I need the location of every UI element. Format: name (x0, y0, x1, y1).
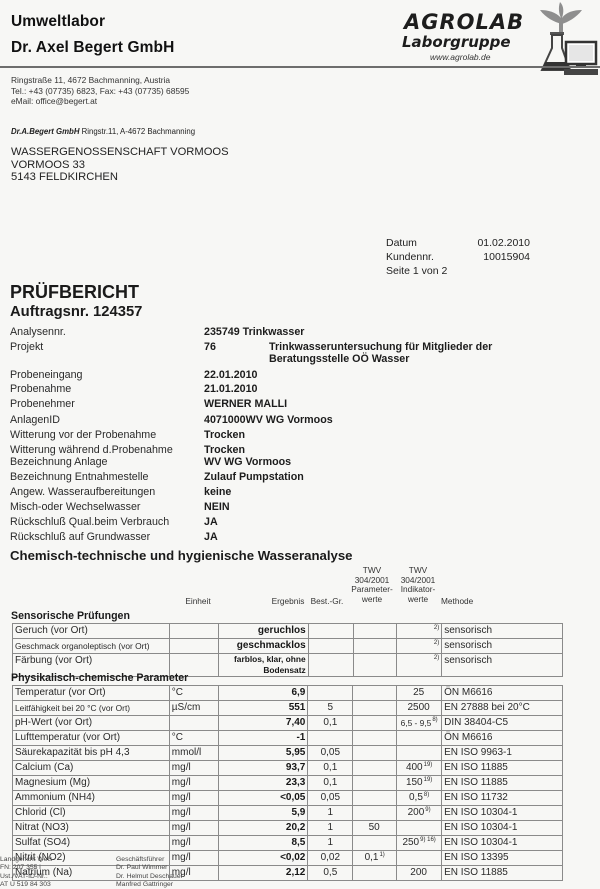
result-cell: 5,9 (218, 806, 308, 821)
unit-cell: mg/l (169, 806, 218, 821)
method-cell: EN ISO 9963-1 (442, 746, 563, 761)
limit-cell: 1 (308, 821, 353, 836)
report-meta: Datum 01.02.2010 Kundennr. 10015904 Seit… (386, 236, 532, 279)
indicator-cell: 0,58) (397, 791, 442, 806)
info-value: Trocken (204, 429, 245, 442)
limit-cell: 0,1 (308, 776, 353, 791)
method-cell: EN ISO 13395 (442, 851, 563, 866)
footer-management: Geschäftsführer Dr. Paul Wimmer Dr. Helm… (116, 856, 183, 889)
info-value: NEIN (204, 501, 230, 514)
result-cell: 20,2 (218, 821, 308, 836)
info-value: WV WG Vormoos (204, 456, 291, 469)
info-label: Bezeichnung Entnahmestelle (10, 471, 210, 484)
recipient-line3: 5143 FELDKIRCHEN (11, 171, 229, 184)
recipient-line1: WASSERGENOSSENSCHAFT VORMOOS (11, 146, 229, 159)
result-cell: farblos, klar, ohne Bodensatz (218, 654, 308, 677)
footnote-marker: 8) (432, 717, 437, 723)
param-cell (353, 866, 397, 881)
recipient-address: WASSERGENOSSENSCHAFT VORMOOS VORMOOS 33 … (11, 146, 229, 184)
limit-cell: 0,05 (308, 791, 353, 806)
indicator-cell: 200 (397, 866, 442, 881)
info-label: Witterung vor der Probenahme (10, 429, 210, 442)
unit-cell: °C (169, 686, 218, 701)
info-label: Probenehmer (10, 398, 210, 411)
parameter-name: pH-Wert (vor Ort) (13, 716, 170, 731)
method-cell: EN 27888 bei 20°C (442, 701, 563, 716)
limit-cell (308, 731, 353, 746)
method-cell: EN ISO 10304-1 (442, 836, 563, 851)
limit-cell: 0,1 (308, 761, 353, 776)
header-text: werte (395, 595, 441, 605)
address-line2: Tel.: +43 (07735) 6823, Fax: +43 (07735)… (11, 86, 189, 97)
indicator-cell: 6,5 - 9,58) (397, 716, 442, 731)
table-row: Nitrit (NO2)mg/l<0,020,020,11)EN ISO 133… (13, 851, 563, 866)
indicator-cell (397, 821, 442, 836)
parameter-name: Ammonium (NH4) (13, 791, 170, 806)
info-label: Bezeichnung Anlage (10, 456, 210, 469)
footnote-marker: 2) (434, 654, 439, 662)
indicator-cell: 2) (397, 624, 442, 639)
footer-text: Manfred Gattringer (116, 881, 183, 889)
footer-text: Dr. Helmut Deschauer (116, 873, 183, 881)
param-cell (353, 701, 397, 716)
recipient-line2: VORMOOS 33 (11, 159, 229, 172)
table-row: Ammonium (NH4)mg/l<0,050,050,58)EN ISO 1… (13, 791, 563, 806)
physchem-table: Temperatur (vor Ort)°C6,925ÖN M6616Leitf… (12, 685, 563, 881)
footer-text: Dr. Paul Wimmer (116, 864, 183, 872)
result-cell: <0,05 (218, 791, 308, 806)
column-header-method: Methode (441, 597, 481, 607)
method-cell: DIN 38404-C5 (442, 716, 563, 731)
info-label: Projekt (10, 341, 210, 354)
lab-address: Ringstraße 11, 4672 Bachmanning, Austria… (11, 75, 189, 107)
limit-cell: 0,05 (308, 746, 353, 761)
cell-value: 0,5 (409, 792, 423, 803)
parameter-name: Temperatur (vor Ort) (13, 686, 170, 701)
footer-text: AT U 519 84 303 (0, 881, 52, 889)
page-info: Seite 1 von 2 (386, 264, 532, 278)
info-label: Angew. Wasseraufbereitungen (10, 486, 210, 499)
result-cell: 5,95 (218, 746, 308, 761)
method-cell: ÖN M6616 (442, 731, 563, 746)
footnote-marker: 19) (424, 777, 433, 783)
info-value: JA (204, 516, 218, 529)
parameter-name: Lufttemperatur (vor Ort) (13, 731, 170, 746)
info-value: Zulauf Pumpstation (204, 471, 304, 484)
info-label: Probenahme (10, 383, 210, 396)
method-cell: sensorisch (442, 639, 563, 654)
project-description-cont: Beratungsstelle OÖ Wasser (269, 353, 569, 366)
unit-cell: mg/l (169, 836, 218, 851)
indicator-cell: 2509) 16) (397, 836, 442, 851)
unit-cell (169, 716, 218, 731)
table-row: pH-Wert (vor Ort)7,400,16,5 - 9,58)DIN 3… (13, 716, 563, 731)
footnote-marker: 1) (379, 852, 384, 858)
parameter-name: Calcium (Ca) (13, 761, 170, 776)
limit-cell (308, 639, 353, 654)
analysis-title: Chemisch-technische und hygienische Wass… (10, 548, 353, 563)
column-header-limit: Best.-Gr. (307, 597, 347, 607)
result-cell: 7,40 (218, 716, 308, 731)
customer-number-label: Kundennr. (386, 251, 434, 263)
brand-subtitle: Laborgruppe (402, 33, 511, 51)
column-header-result: Ergebnis (268, 597, 308, 607)
lab-name-line2: Dr. Axel Begert GmbH (11, 39, 174, 57)
report-heading: PRÜFBERICHT (10, 282, 139, 303)
column-header-indicator-values: TWV 304/2001 Indikator- werte (395, 566, 441, 604)
method-cell: sensorisch (442, 654, 563, 677)
result-cell: geschmacklos (218, 639, 308, 654)
indicator-cell: 40019) (397, 761, 442, 776)
order-heading: Auftragsnr. 124357 (10, 304, 142, 320)
method-cell: sensorisch (442, 624, 563, 639)
table-row: Magnesium (Mg)mg/l23,30,115019)EN ISO 11… (13, 776, 563, 791)
table-row: Chlorid (Cl)mg/l5,912009)EN ISO 10304-1 (13, 806, 563, 821)
footnote-marker: 9) (425, 807, 430, 813)
result-cell: 93,7 (218, 761, 308, 776)
cell-value: 6,5 - 9,5 (401, 718, 432, 728)
customer-number-value: 10015904 (483, 250, 530, 264)
limit-cell (308, 686, 353, 701)
param-cell (353, 761, 397, 776)
sensory-table: Geruch (vor Ort) geruchlos 2) sensorisch… (12, 623, 563, 677)
indicator-cell: 15019) (397, 776, 442, 791)
info-value: keine (204, 486, 231, 499)
result-cell: 551 (218, 701, 308, 716)
sender-name: Dr.A.Begert GmbH (11, 127, 79, 136)
result-cell: 6,9 (218, 686, 308, 701)
table-row: Sulfat (SO4)mg/l8,512509) 16)EN ISO 1030… (13, 836, 563, 851)
indicator-cell (397, 731, 442, 746)
address-line3: eMail: office@begert.at (11, 96, 189, 107)
info-value: 76 (204, 341, 216, 354)
result-cell: -1 (218, 731, 308, 746)
footnote-marker: 9) 16) (420, 837, 436, 843)
footer-text: Landgericht Wels (0, 856, 52, 864)
footnote-marker: 19) (424, 762, 433, 768)
column-header-unit: Einheit (168, 597, 228, 607)
parameter-name: Nitrat (NO3) (13, 821, 170, 836)
info-label: Probeneingang (10, 369, 210, 382)
lab-name-line1: Umweltlabor (11, 13, 105, 31)
indicator-cell: 25 (397, 686, 442, 701)
table-row: Lufttemperatur (vor Ort)°C-1ÖN M6616 (13, 731, 563, 746)
info-label: Rückschluß auf Grundwasser (10, 531, 210, 544)
unit-cell: mg/l (169, 791, 218, 806)
method-cell: EN ISO 11885 (442, 776, 563, 791)
sender-line: Dr.A.Begert GmbH Ringstr.11, A-4672 Bach… (11, 127, 195, 136)
param-cell (353, 806, 397, 821)
limit-cell: 0,1 (308, 716, 353, 731)
footnote-marker: 2) (434, 624, 439, 632)
indicator-cell: 2) (397, 639, 442, 654)
cell-value: 400 (406, 762, 423, 773)
parameter-name: Magnesium (Mg) (13, 776, 170, 791)
unit-cell (169, 624, 218, 639)
unit-cell (169, 639, 218, 654)
parameter-name: Leitfähigkeit bei 20 °C (vor Ort) (13, 701, 170, 716)
indicator-cell (397, 746, 442, 761)
table-row: Leitfähigkeit bei 20 °C (vor Ort)µS/cm55… (13, 701, 563, 716)
footnote-marker: 8) (424, 792, 429, 798)
unit-cell: mg/l (169, 761, 218, 776)
param-cell (353, 836, 397, 851)
info-value: 22.01.2010 (204, 369, 258, 382)
parameter-name: Sulfat (SO4) (13, 836, 170, 851)
result-cell: 2,12 (218, 866, 308, 881)
footer-text: Ust./VAT-ID-Nr.: (0, 873, 52, 881)
method-cell: EN ISO 10304-1 (442, 806, 563, 821)
method-cell: EN ISO 10304-1 (442, 821, 563, 836)
parameter-name: Geruch (vor Ort) (13, 624, 170, 639)
result-cell: 23,3 (218, 776, 308, 791)
brand-name: AGROLAB (404, 10, 524, 34)
info-value: JA (204, 531, 218, 544)
param-cell (353, 746, 397, 761)
sensory-section-title: Sensorische Prüfungen (11, 610, 130, 622)
footnote-marker: 2) (434, 639, 439, 647)
result-cell: 8,5 (218, 836, 308, 851)
param-cell (353, 731, 397, 746)
result-cell: geruchlos (218, 624, 308, 639)
indicator-cell: 2009) (397, 806, 442, 821)
info-label: Analysennr. (10, 326, 210, 339)
parameter-name: Säurekapazität bis pH 4,3 (13, 746, 170, 761)
info-value: 4071000WV WG Vormoos (204, 414, 333, 427)
header-text: werte (349, 595, 395, 605)
method-cell: EN ISO 11732 (442, 791, 563, 806)
brand-url: www.agrolab.de (430, 52, 490, 62)
method-cell: EN ISO 11885 (442, 761, 563, 776)
method-cell: ÖN M6616 (442, 686, 563, 701)
report-title: PRÜFBERICHT (10, 282, 139, 303)
unit-cell: mg/l (169, 821, 218, 836)
unit-cell: mmol/l (169, 746, 218, 761)
table-row: Geschmack organoleptisch (vor Ort) gesch… (13, 639, 563, 654)
table-row: Säurekapazität bis pH 4,3mmol/l5,950,05E… (13, 746, 563, 761)
table-row: Temperatur (vor Ort)°C6,925ÖN M6616 (13, 686, 563, 701)
info-label: Misch-oder Wechselwasser (10, 501, 210, 514)
info-value: 21.01.2010 (204, 383, 258, 396)
cell-value: 50 (369, 822, 380, 833)
param-cell (353, 686, 397, 701)
cell-value: 150 (406, 777, 423, 788)
unit-cell: mg/l (169, 776, 218, 791)
table-row: Natrium (Na)mg/l2,120,5200EN ISO 11885 (13, 866, 563, 881)
limit-cell: 0,5 (308, 866, 353, 881)
table-row: Calcium (Ca)mg/l93,70,140019)EN ISO 1188… (13, 761, 563, 776)
indicator-cell: 2) (397, 654, 442, 677)
param-cell: 50 (353, 821, 397, 836)
info-value: 235749 Trinkwasser (204, 326, 304, 339)
column-header-parameter-values: TWV 304/2001 Parameter- werte (349, 566, 395, 604)
parameter-name: Chlorid (Cl) (13, 806, 170, 821)
table-row: Nitrat (NO3)mg/l20,2150EN ISO 10304-1 (13, 821, 563, 836)
unit-cell: °C (169, 731, 218, 746)
cell-value: 0,1 (365, 852, 379, 863)
footer-text: FN: 207 355 i (0, 864, 52, 872)
address-line1: Ringstraße 11, 4672 Bachmanning, Austria (11, 75, 189, 86)
date-value: 01.02.2010 (477, 236, 530, 250)
param-cell (353, 776, 397, 791)
param-cell (353, 639, 397, 654)
param-cell (353, 716, 397, 731)
cell-value: 250 (402, 837, 419, 848)
cell-value: 200 (410, 867, 427, 878)
info-label: AnlagenID (10, 414, 210, 427)
table-row: Geruch (vor Ort) geruchlos 2) sensorisch (13, 624, 563, 639)
result-cell: <0,02 (218, 851, 308, 866)
parameter-name: Geschmack organoleptisch (vor Ort) (13, 639, 170, 654)
result-text: Bodensatz (221, 665, 306, 676)
method-cell: EN ISO 11885 (442, 866, 563, 881)
info-label: Rückschluß Qual.beim Verbrauch (10, 516, 210, 529)
param-cell (353, 624, 397, 639)
limit-cell: 5 (308, 701, 353, 716)
param-cell (353, 654, 397, 677)
limit-cell: 1 (308, 806, 353, 821)
footer-register: Landgericht Wels FN: 207 355 i Ust./VAT-… (0, 856, 52, 889)
footer-text: Geschäftsführer (116, 856, 183, 864)
limit-cell (308, 654, 353, 677)
physchem-section-title: Physikalisch-chemische Parameter (11, 672, 188, 684)
order-number: Auftragsnr. 124357 (10, 304, 142, 320)
limit-cell (308, 624, 353, 639)
sender-address: Ringstr.11, A-4672 Bachmanning (82, 127, 195, 136)
indicator-cell (397, 851, 442, 866)
param-cell: 0,11) (353, 851, 397, 866)
cell-value: 25 (413, 687, 424, 698)
unit-cell: µS/cm (169, 701, 218, 716)
info-value: WERNER MALLI (204, 398, 287, 411)
indicator-cell: 2500 (397, 701, 442, 716)
header-divider (0, 66, 600, 68)
limit-cell: 1 (308, 836, 353, 851)
param-cell (353, 791, 397, 806)
limit-cell: 0,02 (308, 851, 353, 866)
cell-value: 200 (408, 807, 425, 818)
cell-value: 2500 (408, 702, 430, 713)
date-label: Datum (386, 237, 417, 249)
result-text: farblos, klar, ohne (221, 654, 306, 665)
